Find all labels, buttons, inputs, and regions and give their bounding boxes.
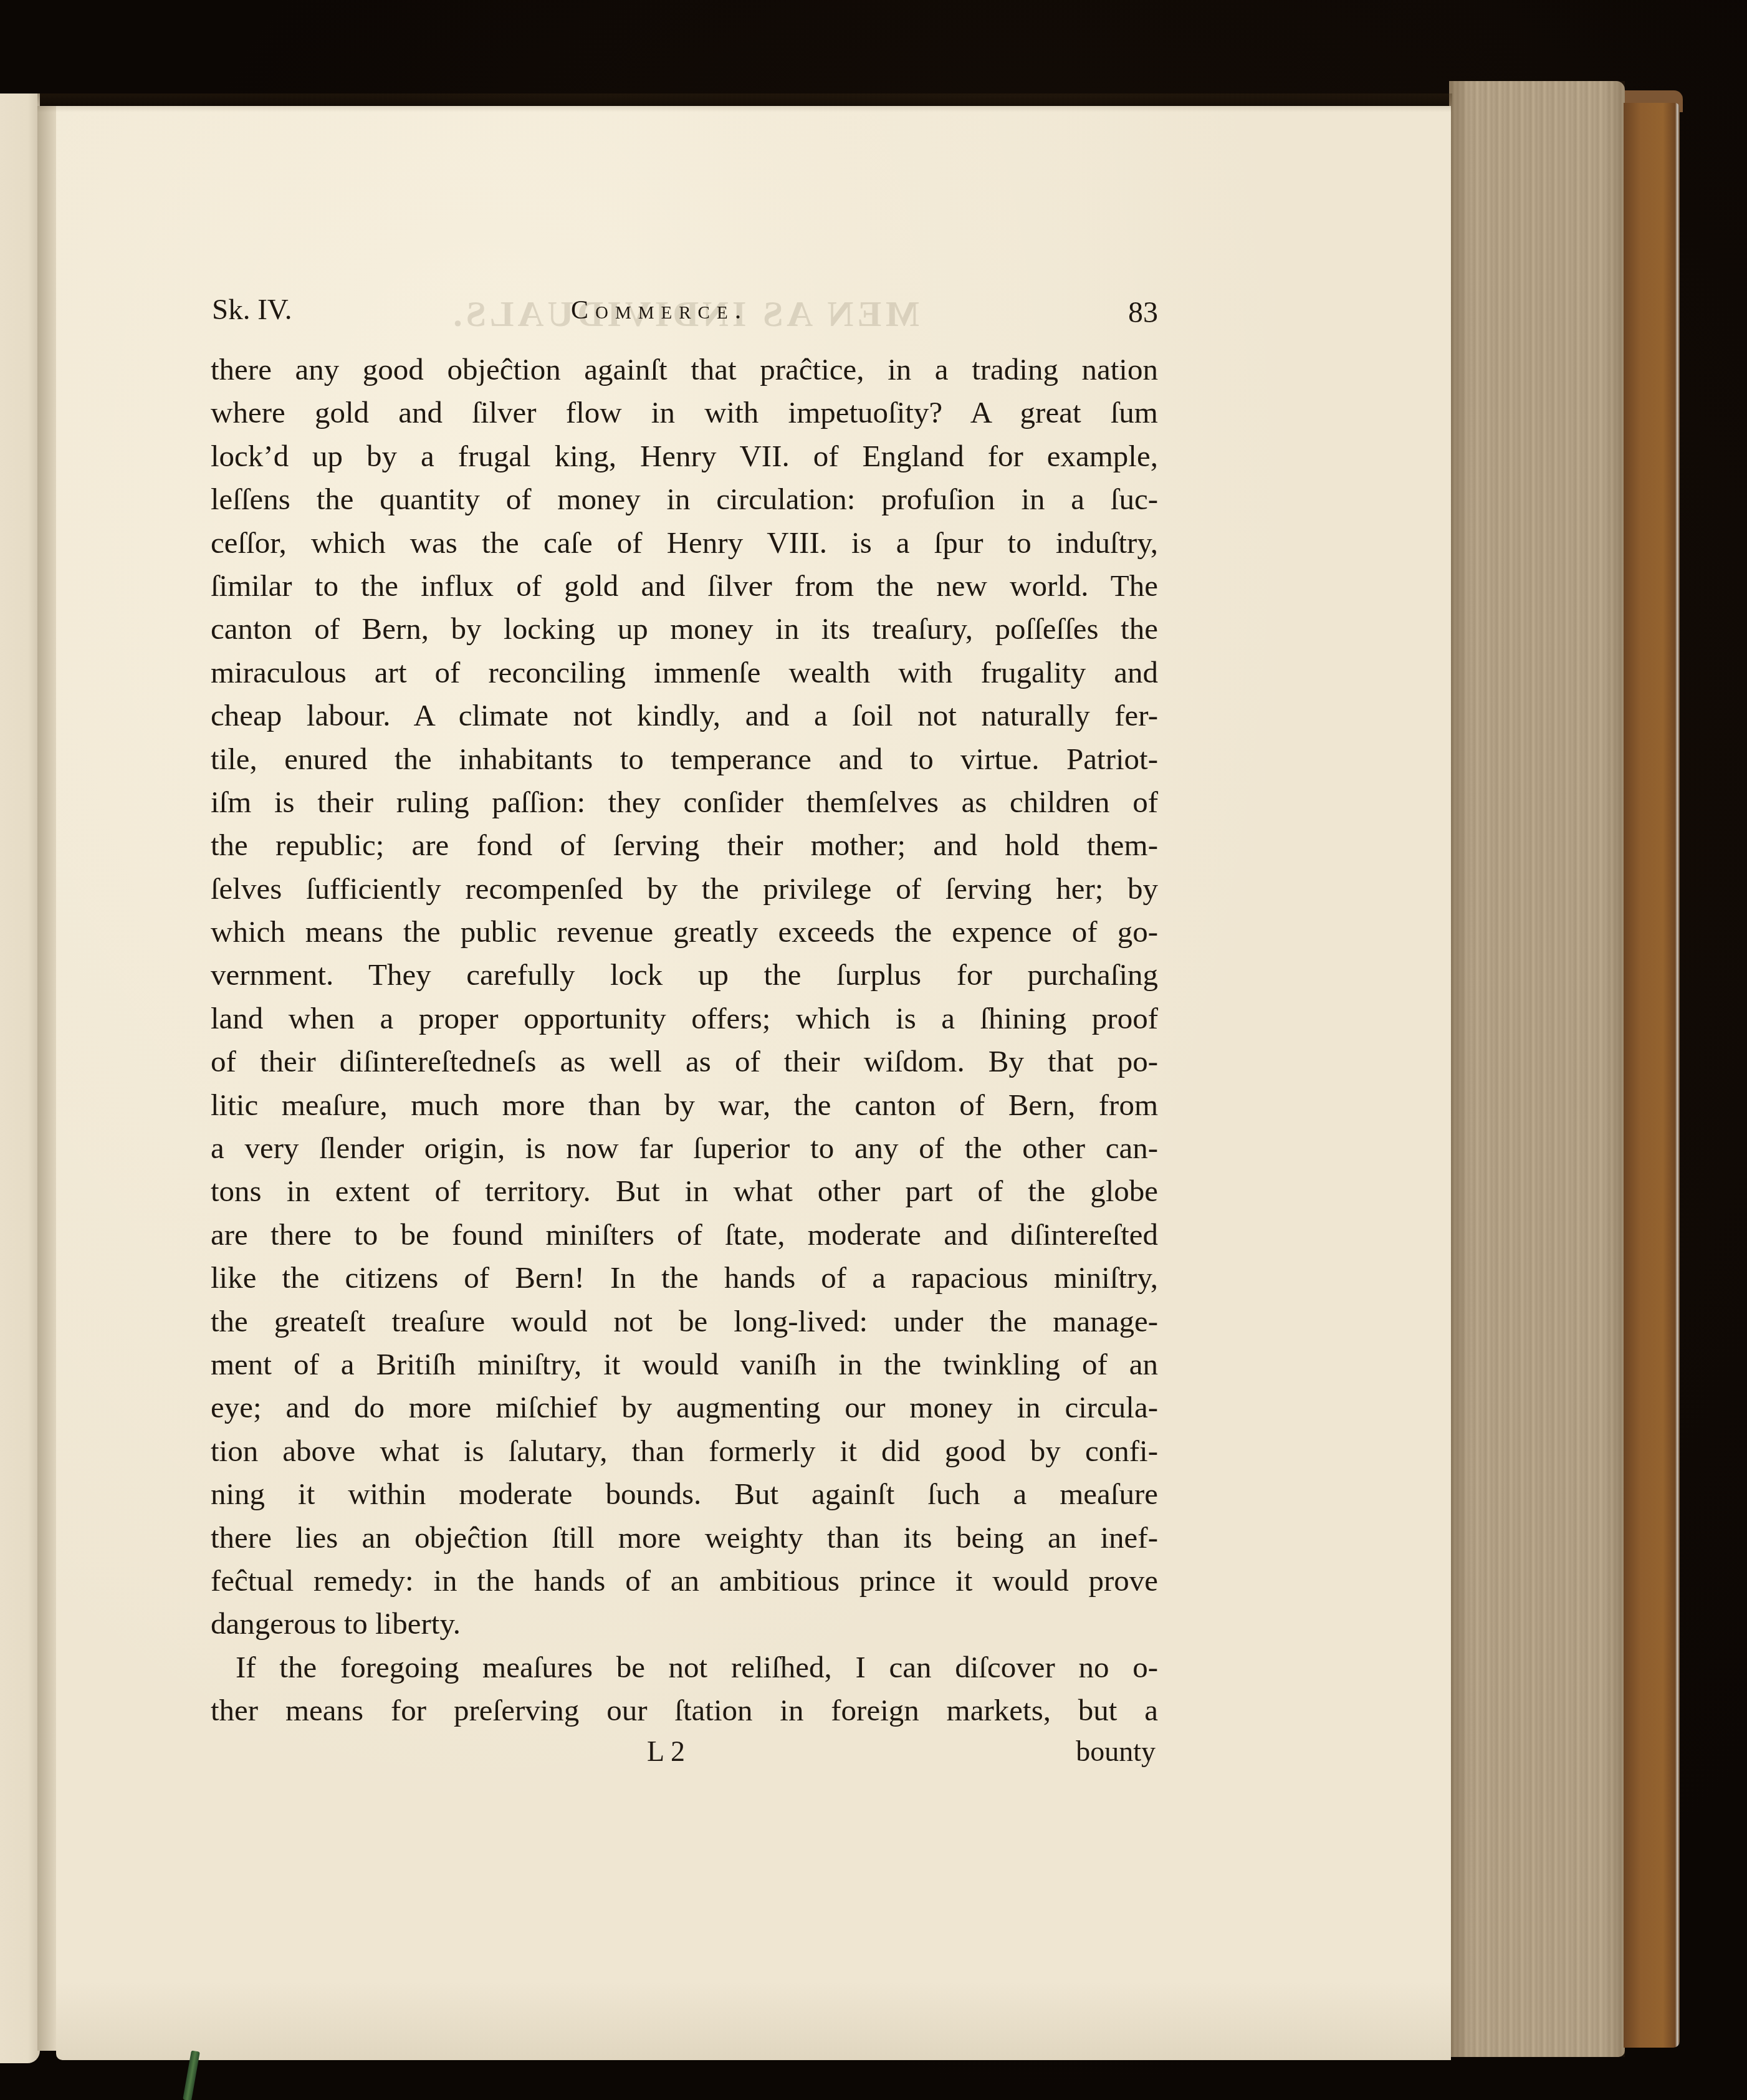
text-line: litic meaſure, much more than by war, th… <box>211 1083 1158 1126</box>
catchword: bounty <box>1076 1735 1156 1768</box>
text-line: ceſſor, which was the caſe of Henry VIII… <box>211 521 1158 564</box>
text-line: feĉtual remedy: in the hands of an ambit… <box>211 1559 1158 1602</box>
text-line: ment of a Britiſh miniſtry, it would van… <box>211 1343 1158 1386</box>
text-line: which means the public revenue greatly e… <box>211 910 1158 953</box>
text-line: of their diſintereſtedneſs as well as of… <box>211 1040 1158 1083</box>
text-line: like the citizens of Bern! In the hands … <box>211 1256 1158 1299</box>
text-line: the greateſt treaſure would not be long-… <box>211 1300 1158 1343</box>
leather-cover-edge <box>1624 103 1680 2048</box>
text-line: ſelves ſufficiently recompenſed by the p… <box>211 867 1158 910</box>
running-head: MEN AS INDIVIDUALS. Sk. IV. Commerce. 83 <box>211 293 1158 343</box>
paragraph-1: there any good objeĉtion againſt that pr… <box>211 348 1158 1646</box>
text-line: ther means for preſerving our ſtation in… <box>211 1689 1158 1732</box>
paragraph-2: If the foregoing meaſures be not reliſhe… <box>211 1646 1158 1732</box>
text-line: where gold and ſilver flow in with impet… <box>211 391 1158 434</box>
text-line: ſimilar to the influx of gold and ſilver… <box>211 564 1158 607</box>
running-title: Commerce. <box>571 295 748 325</box>
text-line: there lies an objeĉtion ſtill more weigh… <box>211 1516 1158 1559</box>
text-line: If the foregoing meaſures be not reliſhe… <box>211 1646 1158 1689</box>
text-line: leſſens the quantity of money in circula… <box>211 477 1158 520</box>
text-line: land when a proper opportunity offers; w… <box>211 997 1158 1040</box>
book-block-fore-edge <box>1449 81 1625 2057</box>
text-line: a very ſlender origin, is now far ſuperi… <box>211 1126 1158 1169</box>
text-line: eye; and do more miſchief by augmenting … <box>211 1386 1158 1429</box>
text-line: vernment. They carefully lock up the ſur… <box>211 953 1158 996</box>
text-line: tons in extent of territory. But in what… <box>211 1169 1158 1212</box>
page-footer: L 2 bounty <box>211 1735 1158 1778</box>
page-number: 83 <box>1128 295 1158 330</box>
text-line: miraculous art of reconciling immenſe we… <box>211 651 1158 694</box>
text-line: the republic; are fond of ſerving their … <box>211 823 1158 866</box>
text-line: iſm is their ruling paſſion: they conſid… <box>211 780 1158 823</box>
text-line: ning it within moderate bounds. But agai… <box>211 1472 1158 1515</box>
text-line: tile, enured the inhabitants to temperan… <box>211 737 1158 780</box>
section-label: Sk. IV. <box>212 293 292 327</box>
text-line: lock’d up by a frugal king, Henry VII. o… <box>211 434 1158 477</box>
body-text: there any good objeĉtion againſt that pr… <box>211 348 1158 1732</box>
page-top-shadow <box>37 93 1452 112</box>
text-line: there any good objeĉtion againſt that pr… <box>211 348 1158 391</box>
text-line: canton of Bern, by locking up money in i… <box>211 607 1158 650</box>
print-block: MEN AS INDIVIDUALS. Sk. IV. Commerce. 83… <box>211 293 1158 1778</box>
signature-mark: L 2 <box>647 1735 685 1768</box>
text-line: tion above what is ſalutary, than former… <box>211 1429 1158 1472</box>
text-line: cheap labour. A climate not kindly, and … <box>211 694 1158 737</box>
left-facing-page-edge <box>0 93 40 2063</box>
text-line: dangerous to liberty. <box>211 1602 1158 1645</box>
text-line: are there to be found miniſters of ſtate… <box>211 1213 1158 1256</box>
